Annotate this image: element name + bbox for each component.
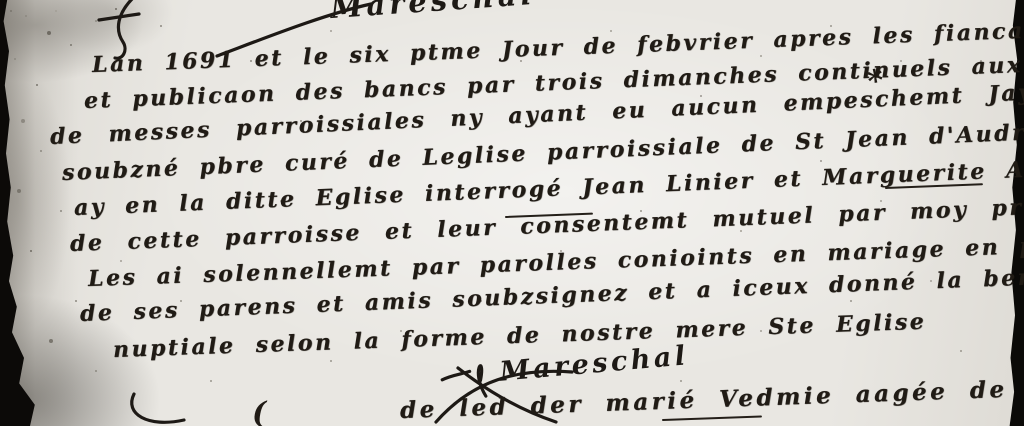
paper-speckle-noise <box>10 10 12 12</box>
underline-vedmie <box>662 416 762 422</box>
stray-stroke-mark: ( <box>252 396 266 426</box>
bottom-left-flourish-icon <box>118 390 188 426</box>
previous-entry-signature: Mareschal <box>329 0 536 25</box>
priest-signature-text: Mareschal <box>498 340 689 387</box>
manuscript-scan-page: Mareschal Lan 1691 et le six ptme Jour d… <box>0 0 1024 426</box>
